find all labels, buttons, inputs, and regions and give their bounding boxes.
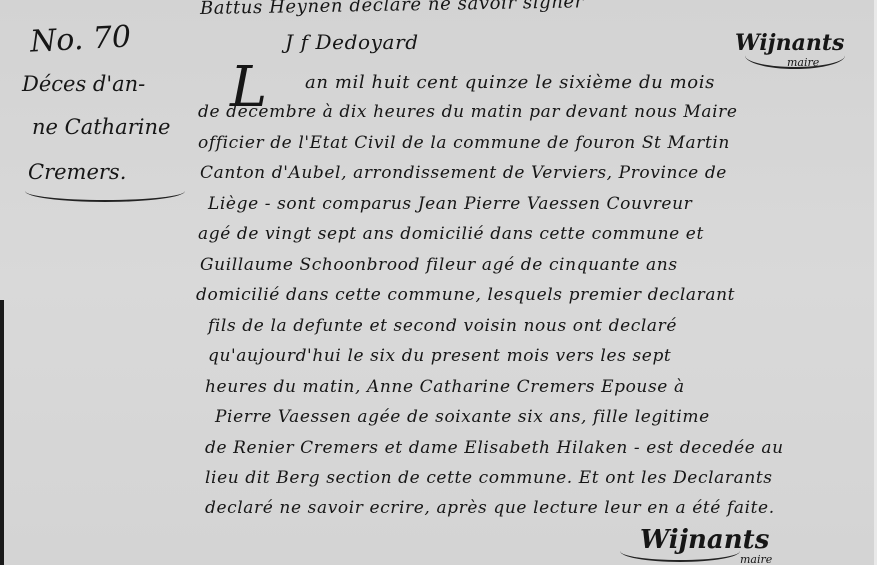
margin-flourish — [25, 180, 185, 202]
previous-signature: J f Dedoyard — [285, 30, 419, 54]
body-line-15: declaré ne savoir ecrire, après que lect… — [205, 498, 775, 518]
body-line-8: domicilié dans cette commune, lesquels p… — [196, 285, 735, 305]
body-line-14: lieu dit Berg section de cette commune. … — [205, 468, 773, 488]
body-line-5: Liège - sont comparus Jean Pierre Vaesse… — [208, 194, 692, 214]
body-line-7: Guillaume Schoonbrood fileur agé de cinq… — [200, 255, 678, 275]
body-line-2: de decembre à dix heures du matin par de… — [198, 102, 738, 122]
signature-flourish-bottom — [620, 540, 740, 562]
body-line-13: de Renier Cremers et dame Elisabeth Hila… — [205, 438, 784, 458]
signature-flourish-top — [745, 42, 845, 69]
body-line-11: heures du matin, Anne Catharine Cremers … — [205, 377, 685, 397]
body-line-10: qu'aujourd'hui le six du present mois ve… — [208, 346, 671, 366]
mayor-title: maire — [740, 553, 772, 565]
previous-act-tail: Battus Heynen declare ne savoir signer — [200, 0, 584, 19]
body-line-3: officier de l'Etat Civil de la commune d… — [198, 133, 730, 153]
body-line-1: an mil huit cent quinze le sixième du mo… — [305, 72, 715, 93]
margin-title-line-1: Déces d'an- — [22, 72, 145, 96]
act-number: No. 70 — [29, 19, 132, 59]
body-line-12: Pierre Vaessen agée de soixante six ans,… — [215, 407, 710, 427]
scan-edge-left — [0, 300, 4, 565]
document-page: Battus Heynen declare ne savoir signer J… — [0, 0, 877, 565]
margin-title-line-2: ne Catharine — [32, 115, 170, 139]
body-line-4: Canton d'Aubel, arrondissement de Vervie… — [200, 163, 727, 183]
body-line-6: agé de vingt sept ans domicilié dans cet… — [198, 224, 704, 244]
body-line-9: fils de la defunte et second voisin nous… — [208, 316, 677, 336]
